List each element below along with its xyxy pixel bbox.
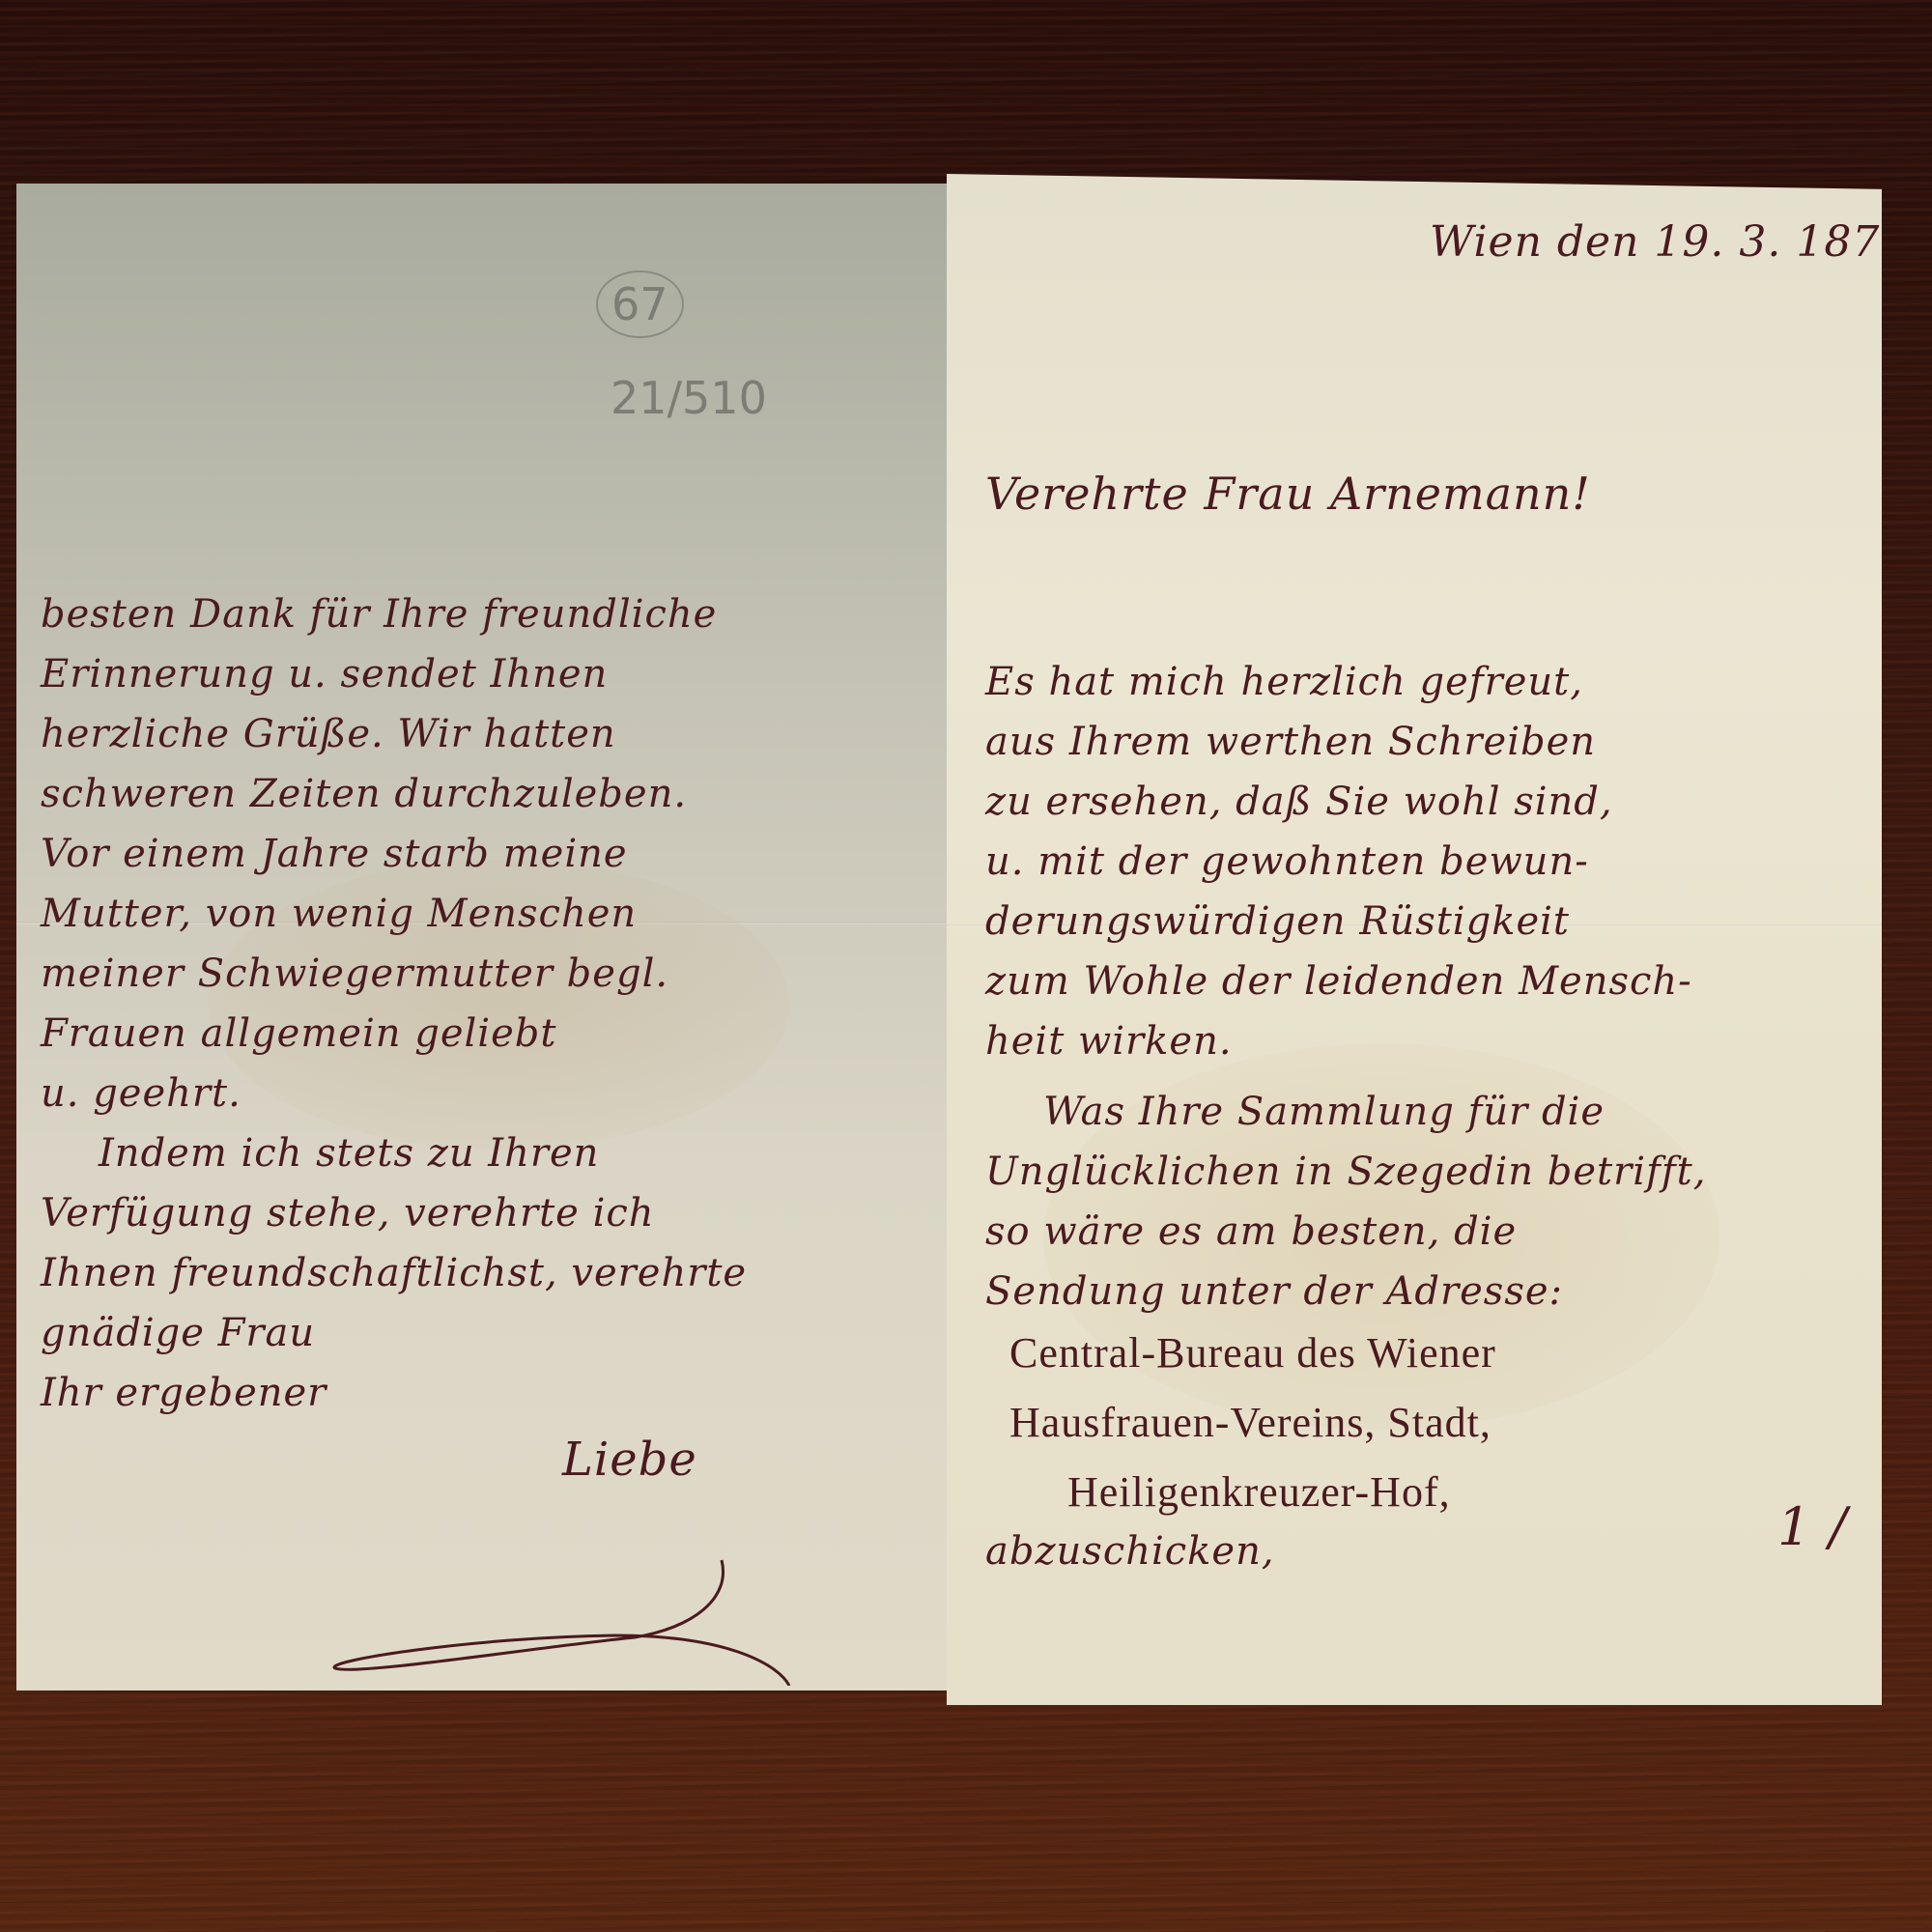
closing-line: abzuschicken, [985, 1521, 1275, 1581]
letter-line: Mutter, von wenig Menschen [41, 884, 747, 944]
letter-right-page: Wien den 19. 3. 1879 Verehrte Frau Arnem… [947, 174, 1882, 1705]
letter-line: Sendung unter der Adresse: [985, 1262, 1706, 1321]
letter-line: so wäre es am besten, die [985, 1202, 1706, 1262]
letter-line: Unglücklichen in Szegedin betrifft, [985, 1142, 1706, 1202]
letter-line: gnädige Frau [41, 1303, 747, 1363]
paragraph-1: Es hat mich herzlich gefreut, aus Ihrem … [985, 652, 1692, 1071]
dateline: Wien den 19. 3. 1879 [1430, 213, 1908, 272]
left-page-body: besten Dank für Ihre freundliche Erinner… [41, 584, 747, 1423]
letter-line: Ihnen freundschaftlichst, verehrte [41, 1243, 747, 1303]
paragraph-2: Was Ihre Sammlung für die Unglücklichen … [985, 1082, 1706, 1321]
letter-line: Was Ihre Sammlung für die [985, 1082, 1706, 1142]
letter-line: u. geehrt. [41, 1064, 747, 1123]
signature-flourish-icon [326, 1541, 809, 1686]
address-line: Central-Bureau des Wiener [1009, 1319, 1496, 1388]
signature: Liebe [562, 1430, 697, 1490]
letter-line: u. mit der gewohnten bewun- [985, 832, 1692, 892]
letter-line: heit wirken. [985, 1011, 1692, 1071]
address-line: Heiligenkreuzer-Hof, [1009, 1458, 1496, 1527]
letter-line: herzliche Grüße. Wir hatten [41, 704, 747, 764]
letter-line: Es hat mich herzlich gefreut, [985, 652, 1692, 712]
letter-line: schweren Zeiten durchzuleben. [41, 764, 747, 824]
letter-line: aus Ihrem werthen Schreiben [985, 712, 1692, 772]
address-line: Hausfrauen-Vereins, Stadt, [1009, 1388, 1496, 1458]
letter-line: Vor einem Jahre starb meine [41, 824, 747, 884]
archival-catalogue-number: 21/510 [611, 372, 767, 424]
letter-line: Erinnerung u. sendet Ihnen [41, 644, 747, 704]
letter-line: Verfügung stehe, verehrte ich [41, 1183, 747, 1243]
letter-line: Frauen allgemein geliebt [41, 1004, 747, 1064]
letter-line: zu ersehen, daß Sie wohl sind, [985, 772, 1692, 832]
letter-line: besten Dank für Ihre freundliche [41, 584, 747, 644]
address-block: Central-Bureau des Wiener Hausfrauen-Ver… [1009, 1319, 1496, 1527]
letter-line: Ihr ergebener [41, 1363, 747, 1423]
salutation: Verehrte Frau Arnemann! [985, 464, 1591, 524]
letter-line: zum Wohle der leidenden Mensch- [985, 952, 1692, 1011]
page-mark: 1 / [1777, 1497, 1848, 1557]
letter-left-page: 67 21/510 besten Dank für Ihre freundlic… [16, 184, 949, 1690]
letter-line: Indem ich stets zu Ihren [41, 1123, 747, 1183]
letter-line: derungswürdigen Rüstigkeit [985, 892, 1692, 952]
archival-folio-number: 67 [596, 270, 684, 338]
letter-line: meiner Schwiegermutter begl. [41, 944, 747, 1004]
